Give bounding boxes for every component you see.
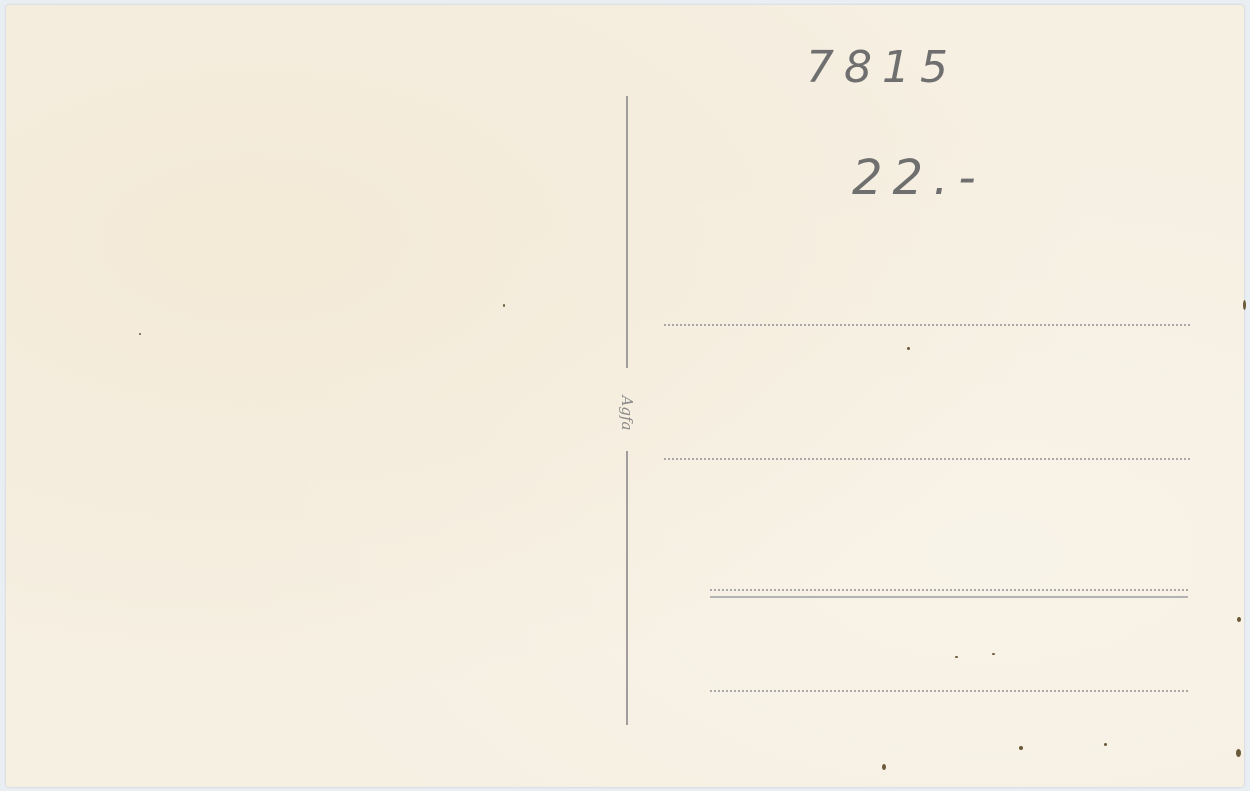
stain-speck [1243,300,1246,310]
stain-speck [139,333,141,335]
stain-speck [992,653,995,655]
divider-imprint: Agfa [609,391,645,435]
divider-line-bottom [626,451,628,725]
address-line-3-underline [710,596,1188,598]
stain-speck [1236,749,1241,757]
stain-speck [1019,746,1023,750]
address-line-1 [664,324,1190,326]
address-line-3 [710,589,1188,591]
stain-speck [907,347,910,350]
address-line-4 [710,690,1188,692]
stain-speck [1237,617,1241,622]
stain-speck [1104,743,1107,746]
stain-speck [882,764,886,770]
divider-line-top [626,96,628,368]
handwritten-number: 7815 [806,42,958,93]
handwritten-price: 22.- [852,150,986,206]
address-line-2 [664,458,1190,460]
stain-speck [955,656,958,658]
stain-speck [503,304,505,307]
